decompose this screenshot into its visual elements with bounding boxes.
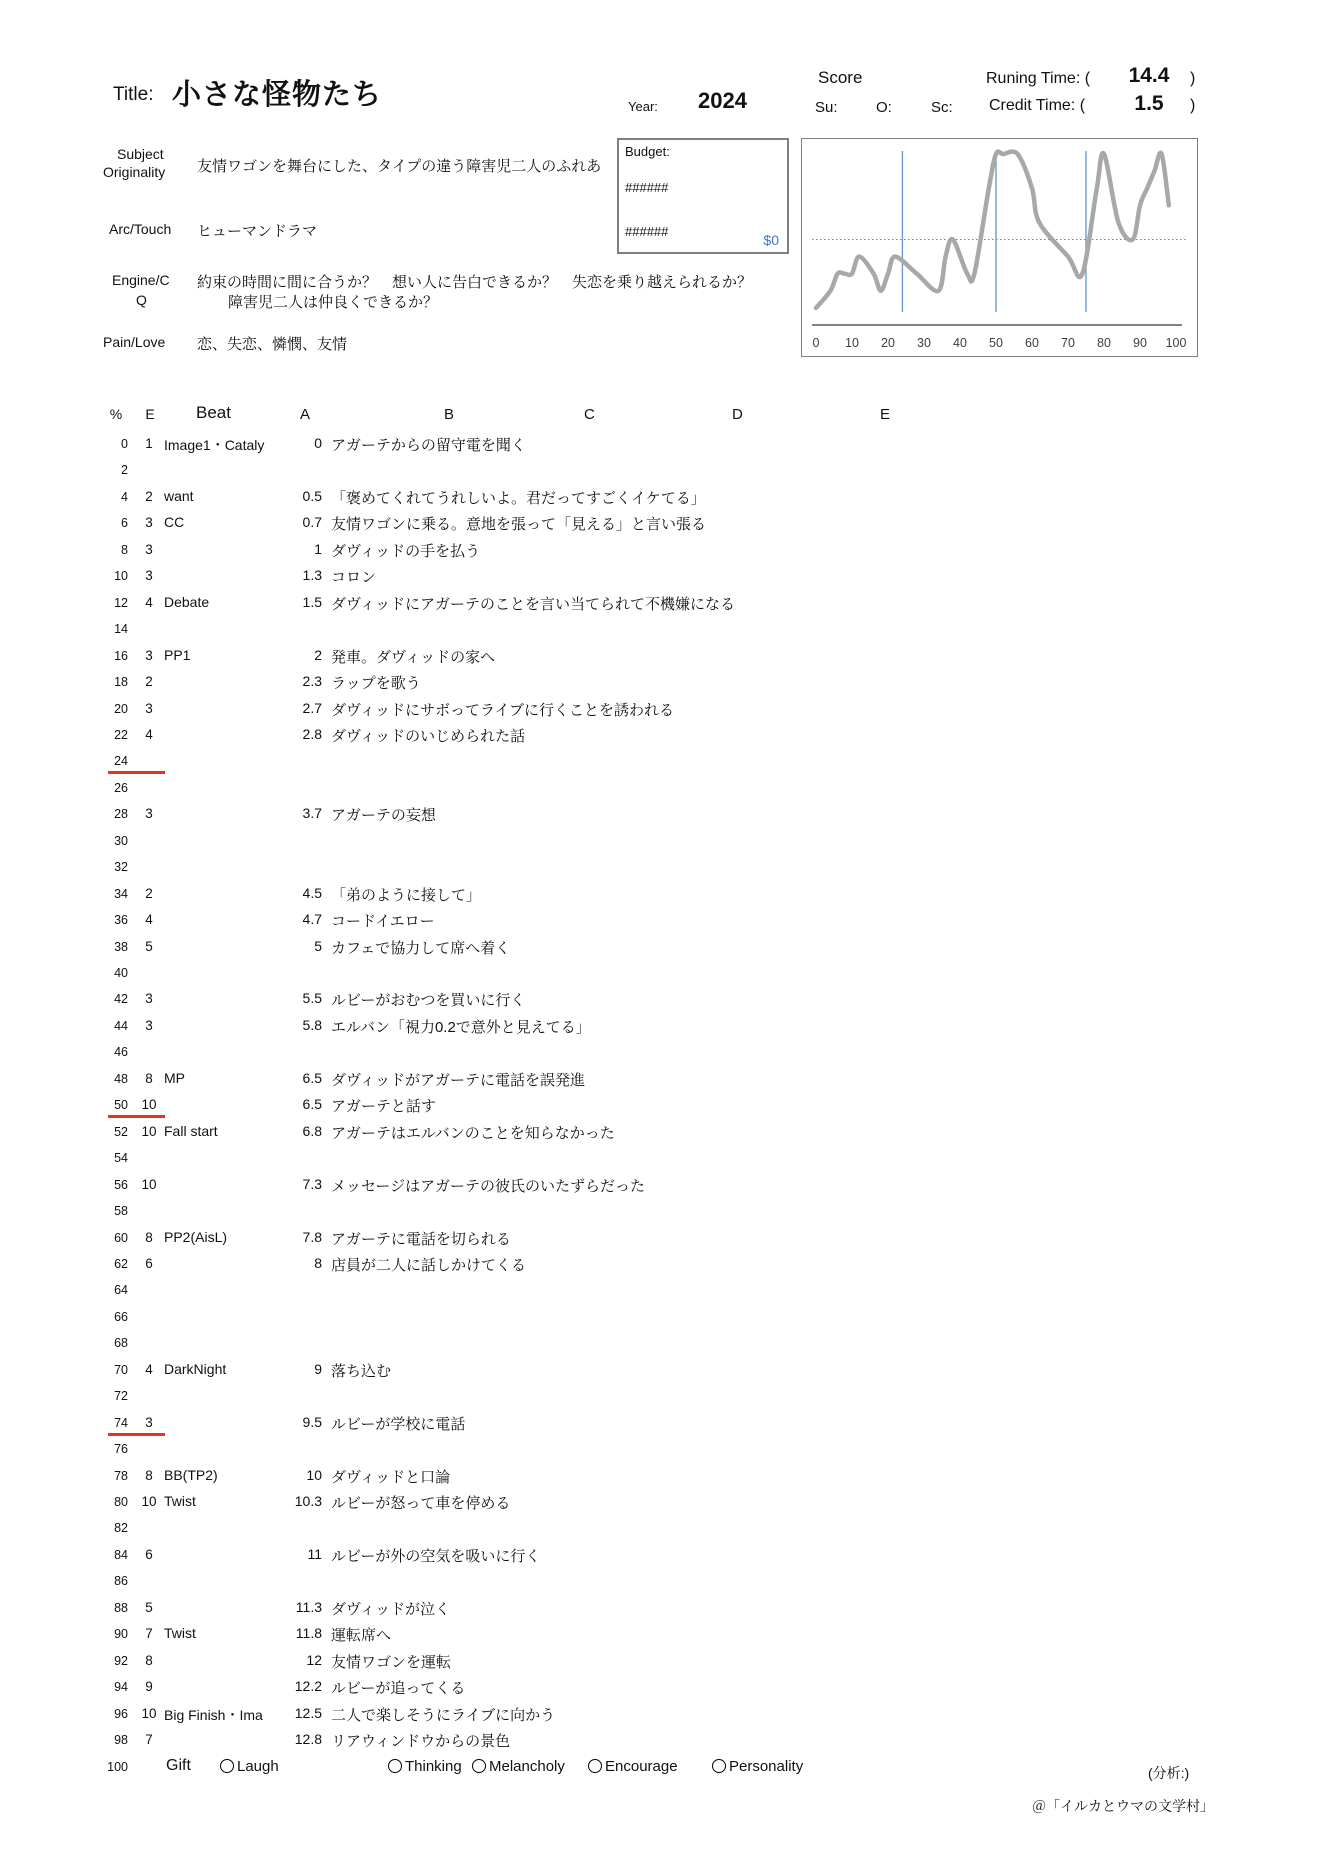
- column-header-beat: Beat: [196, 403, 231, 423]
- beat-table-row: 3855カフェで協力して席へ着く: [0, 934, 1320, 960]
- scene-number-cell[interactable]: 2.3: [266, 673, 322, 689]
- x-tick-label: 80: [1097, 336, 1111, 350]
- scene-number-cell[interactable]: 0.7: [266, 514, 322, 530]
- beat-table-row: 63CC0.7友情ワゴンに乗る。意地を張って「見える」と言い張る: [0, 510, 1320, 536]
- gift-option[interactable]: Laugh: [220, 1758, 279, 1775]
- percent-cell[interactable]: 42: [92, 992, 128, 1006]
- scene-text-cell[interactable]: ルビーが怒って車を停める: [331, 1492, 510, 1513]
- beat-table-row: 5210Fall start6.8アガーテはエルバンのことを知らなかった: [0, 1119, 1320, 1145]
- scene-text-cell[interactable]: アガーテに電話を切られる: [331, 1228, 511, 1249]
- energy-cell[interactable]: 3: [136, 1415, 162, 1430]
- scene-number-cell[interactable]: 12: [266, 1652, 322, 1668]
- scene-number-cell[interactable]: 6.5: [266, 1096, 322, 1112]
- gift-option-label: Laugh: [237, 1758, 279, 1775]
- scene-number-cell[interactable]: 4.7: [266, 911, 322, 927]
- running-time-label: Runing Time: (: [986, 70, 1090, 88]
- engine-text[interactable]: 約束の時間に間に合うか？ 想い人に告白できるか？ 失恋を乗り越えられるか？: [197, 271, 752, 292]
- pain-love-text[interactable]: 恋、失恋、憐憫、友情: [197, 333, 347, 354]
- gift-option[interactable]: Thinking: [388, 1758, 462, 1775]
- option-circle-icon[interactable]: [712, 1759, 726, 1773]
- percent-cell[interactable]: 70: [92, 1363, 128, 1377]
- beat-table-row: 24: [0, 748, 1320, 774]
- beat-table-row: 84611ルビーが外の空気を吸いに行く: [0, 1542, 1320, 1568]
- percent-cell[interactable]: 80: [92, 1495, 128, 1509]
- scene-text-cell[interactable]: ダヴィッドがアガーテに電話を誤発進: [331, 1069, 585, 1090]
- scene-text-cell[interactable]: カフェで協力して席へ着く: [331, 937, 510, 958]
- column-header-b: B: [444, 406, 454, 423]
- beat-table-row: 1031.3コロン: [0, 563, 1320, 589]
- percent-cell[interactable]: 60: [92, 1231, 128, 1245]
- percent-cell[interactable]: 38: [92, 940, 128, 954]
- scene-text-cell[interactable]: 運転席へ: [331, 1624, 391, 1645]
- energy-cell[interactable]: 10: [136, 1124, 162, 1139]
- scene-number-cell[interactable]: 11: [266, 1546, 322, 1562]
- percent-cell[interactable]: 58: [92, 1204, 128, 1218]
- scene-number-cell[interactable]: 2.8: [266, 726, 322, 742]
- percent-cell[interactable]: 68: [92, 1336, 128, 1350]
- scene-number-cell[interactable]: 7.3: [266, 1176, 322, 1192]
- beat-sheet-page: Title: 小さな怪物たち Year: 2024 Score Su: O: S…: [0, 0, 1320, 1867]
- energy-cell[interactable]: 3: [136, 542, 162, 557]
- percent-cell[interactable]: 14: [92, 622, 128, 636]
- beat-table-row: 2833.7アガーテの妄想: [0, 801, 1320, 827]
- energy-cell[interactable]: 8: [136, 1468, 162, 1483]
- scene-text-cell[interactable]: ダヴィッドにアガーテのことを言い当てられて不機嫌になる: [331, 593, 735, 614]
- energy-cell[interactable]: 3: [136, 568, 162, 583]
- energy-cell[interactable]: 10: [136, 1706, 162, 1721]
- beat-table-row: 58: [0, 1198, 1320, 1224]
- energy-cell[interactable]: 10: [136, 1177, 162, 1192]
- energy-cell[interactable]: 3: [136, 991, 162, 1006]
- energy-cell[interactable]: 4: [136, 595, 162, 610]
- beat-table-row: 2242.8ダヴィッドのいじめられた話: [0, 722, 1320, 748]
- credit-note: ＠「イルカとウマの文学村」: [1032, 1796, 1214, 1816]
- scene-text-cell[interactable]: ダヴィッドにサボってライブに行くことを誘われる: [331, 699, 674, 720]
- option-circle-icon[interactable]: [588, 1759, 602, 1773]
- beat-table-row: 46: [0, 1039, 1320, 1065]
- subject-label: Subject: [117, 146, 164, 162]
- percent-cell[interactable]: 32: [92, 860, 128, 874]
- beat-table-row: 2: [0, 457, 1320, 483]
- beat-table-row: 488MP6.5ダヴィッドがアガーテに電話を誤発進: [0, 1066, 1320, 1092]
- scene-text-cell[interactable]: ルビーがおむつを買いに行く: [331, 989, 525, 1010]
- gift-option-label: Melancholy: [489, 1758, 565, 1775]
- percent-cell[interactable]: 28: [92, 807, 128, 821]
- column-header-a: A: [300, 406, 310, 423]
- beat-table-row: 86: [0, 1568, 1320, 1594]
- score-chart-plot: 0102030405060708090100: [802, 139, 1197, 356]
- score-chart: 0102030405060708090100: [801, 138, 1198, 357]
- scene-text-cell[interactable]: エルバン「視力0.2で意外と見えてる」: [331, 1016, 591, 1037]
- scene-text-cell[interactable]: アガーテからの留守電を聞く: [331, 434, 526, 455]
- page-title: 小さな怪物たち: [172, 72, 382, 113]
- arc-touch-label: Arc/Touch: [109, 221, 171, 237]
- beat-table-row: 72: [0, 1383, 1320, 1409]
- beat-table-row: 94912.2ルビーが追ってくる: [0, 1674, 1320, 1700]
- percent-cell[interactable]: 94: [92, 1680, 128, 1694]
- percent-cell[interactable]: 98: [92, 1733, 128, 1747]
- scene-text-cell[interactable]: 「弟のように接して」: [331, 884, 481, 905]
- beat-table-row: 01Image1・Cataly0アガーテからの留守電を聞く: [0, 431, 1320, 457]
- beat-table-row: 3424.5「弟のように接して」: [0, 881, 1320, 907]
- column-header-c: C: [584, 406, 595, 423]
- beat-table-row: 32: [0, 854, 1320, 880]
- column-header-percent: %: [104, 406, 128, 422]
- percent-cell[interactable]: 48: [92, 1072, 128, 1086]
- percent-cell[interactable]: 30: [92, 834, 128, 848]
- scene-number-cell[interactable]: 0.5: [266, 488, 322, 504]
- gift-option-label: Personality: [729, 1758, 803, 1775]
- scene-number-cell[interactable]: 8: [266, 1255, 322, 1271]
- percent-cell[interactable]: 88: [92, 1601, 128, 1615]
- option-circle-icon[interactable]: [388, 1759, 402, 1773]
- scene-text-cell[interactable]: 発車。ダヴィッドの家へ: [331, 646, 495, 667]
- percent-cell[interactable]: 2: [92, 463, 128, 477]
- beat-table-row: 6268店員が二人に話しかけてくる: [0, 1251, 1320, 1277]
- beat-table-row: 14: [0, 616, 1320, 642]
- energy-cell[interactable]: 3: [136, 701, 162, 716]
- beat-table-row: 124Debate1.5ダヴィッドにアガーテのことを言い当てられて不機嫌になる: [0, 590, 1320, 616]
- arc-touch-text[interactable]: ヒューマンドラマ: [197, 220, 317, 241]
- analysis-note: (分析:): [1148, 1763, 1189, 1783]
- percent-cell[interactable]: 18: [92, 675, 128, 689]
- subject-text[interactable]: 友情ワゴンを舞台にした、タイプの違う障害児二人のふれあ: [197, 155, 601, 176]
- scene-text-cell[interactable]: 友情ワゴンに乗る。意地を張って「見える」と言い張る: [331, 513, 706, 534]
- energy-cell[interactable]: 6: [136, 1256, 162, 1271]
- beat-table-row: 608PP2(AisL)7.8アガーテに電話を切られる: [0, 1225, 1320, 1251]
- scene-number-cell[interactable]: 12.2: [266, 1678, 322, 1694]
- beat-table-row: 88511.3ダヴィッドが泣く: [0, 1595, 1320, 1621]
- score-label: Score: [818, 68, 862, 88]
- score-sc-label: Sc:: [931, 99, 953, 116]
- beat-table-row: 4235.5ルビーがおむつを買いに行く: [0, 986, 1320, 1012]
- budget-value-1[interactable]: ######: [625, 180, 668, 195]
- gift-option[interactable]: Encourage: [588, 1758, 678, 1775]
- scene-text-cell[interactable]: ルビーが追ってくる: [331, 1677, 465, 1698]
- running-time-value[interactable]: 14.4: [1118, 64, 1180, 88]
- percent-cell[interactable]: 90: [92, 1627, 128, 1641]
- percent-cell[interactable]: 10: [92, 569, 128, 583]
- percent-cell[interactable]: 44: [92, 1019, 128, 1033]
- percent-cell[interactable]: 74: [92, 1416, 128, 1430]
- energy-cell[interactable]: 3: [136, 1018, 162, 1033]
- scene-number-cell[interactable]: 7.8: [266, 1229, 322, 1245]
- score-su-label: Su:: [815, 99, 838, 116]
- energy-cell[interactable]: 6: [136, 1547, 162, 1562]
- percent-cell[interactable]: 36: [92, 913, 128, 927]
- beat-table-row: 1822.3ラップを歌う: [0, 669, 1320, 695]
- energy-cell[interactable]: 2: [136, 489, 162, 504]
- percent-cell[interactable]: 4: [92, 490, 128, 504]
- beat-table-row: 4435.8エルバン「視力0.2で意外と見えてる」: [0, 1013, 1320, 1039]
- scene-text-cell[interactable]: コードイエロー: [331, 910, 435, 931]
- scene-number-cell[interactable]: 12.5: [266, 1705, 322, 1721]
- energy-cell[interactable]: 7: [136, 1732, 162, 1747]
- budget-label: Budget:: [625, 144, 670, 159]
- percent-cell[interactable]: 86: [92, 1574, 128, 1588]
- percent-cell[interactable]: 100: [92, 1760, 128, 1774]
- energy-cell[interactable]: 3: [136, 515, 162, 530]
- energy-cell[interactable]: 10: [136, 1494, 162, 1509]
- x-tick-label: 90: [1133, 336, 1147, 350]
- percent-cell[interactable]: 40: [92, 966, 128, 980]
- percent-cell[interactable]: 50: [92, 1098, 128, 1112]
- running-time-close-paren: ): [1190, 70, 1195, 88]
- percent-cell[interactable]: 16: [92, 649, 128, 663]
- beat-table-row: 163PP12発車。ダヴィッドの家へ: [0, 643, 1320, 669]
- beat-table-row: 64: [0, 1277, 1320, 1303]
- x-tick-label: 20: [881, 336, 895, 350]
- energy-cell[interactable]: 10: [136, 1097, 162, 1112]
- pain-love-label: Pain/Love: [103, 334, 165, 350]
- percent-cell[interactable]: 26: [92, 781, 128, 795]
- scene-number-cell[interactable]: 5: [266, 938, 322, 954]
- percent-cell[interactable]: 78: [92, 1469, 128, 1483]
- percent-cell[interactable]: 20: [92, 702, 128, 716]
- gift-option[interactable]: Personality: [712, 1758, 803, 1775]
- beat-table-row: 704DarkNight9落ち込む: [0, 1357, 1320, 1383]
- scene-number-cell[interactable]: 6.5: [266, 1070, 322, 1086]
- scene-number-cell[interactable]: 2: [266, 647, 322, 663]
- option-circle-icon[interactable]: [220, 1759, 234, 1773]
- q-text[interactable]: 障害児二人は仲良くできるか？: [228, 291, 438, 312]
- gift-option-label: Encourage: [605, 1758, 678, 1775]
- energy-cell[interactable]: 7: [136, 1626, 162, 1641]
- energy-cell[interactable]: 5: [136, 939, 162, 954]
- scene-number-cell[interactable]: 1: [266, 541, 322, 557]
- percent-cell[interactable]: 34: [92, 887, 128, 901]
- scene-text-cell[interactable]: ダヴィッドの手を払う: [331, 540, 480, 561]
- budget-value-2[interactable]: ######: [625, 224, 668, 239]
- beat-table-row: 42want0.5「褒めてくれてうれしいよ。君だってすごくイケてる」: [0, 484, 1320, 510]
- q-label: Q: [136, 292, 147, 308]
- energy-cell[interactable]: 5: [136, 1600, 162, 1615]
- percent-cell[interactable]: 92: [92, 1654, 128, 1668]
- scene-text-cell[interactable]: ダヴィッドのいじめられた話: [331, 725, 525, 746]
- beat-table-row: 68: [0, 1330, 1320, 1356]
- energy-cell[interactable]: 1: [136, 436, 162, 451]
- beat-table-row: 8010Twist10.3ルビーが怒って車を停める: [0, 1489, 1320, 1515]
- percent-cell[interactable]: 8: [92, 543, 128, 557]
- percent-cell[interactable]: 22: [92, 728, 128, 742]
- title-label: Title:: [113, 84, 153, 106]
- scene-text-cell[interactable]: メッセージはアガーテの彼氏のいたずらだった: [331, 1175, 645, 1196]
- scene-text-cell[interactable]: 二人で楽しそうにライブに向かう: [331, 1704, 555, 1725]
- scene-text-cell[interactable]: 店員が二人に話しかけてくる: [331, 1254, 526, 1275]
- scene-number-cell[interactable]: 4.5: [266, 885, 322, 901]
- beat-table-row: 40: [0, 960, 1320, 986]
- percent-cell[interactable]: 46: [92, 1045, 128, 1059]
- year-value[interactable]: 2024: [698, 88, 747, 114]
- energy-cell[interactable]: 8: [136, 1653, 162, 1668]
- percent-cell[interactable]: 96: [92, 1707, 128, 1721]
- beat-table-row: 66: [0, 1304, 1320, 1330]
- column-header-e2: E: [880, 406, 890, 423]
- scene-text-cell[interactable]: ダヴィッドと口論: [331, 1466, 450, 1487]
- scene-number-cell[interactable]: 11.8: [266, 1625, 322, 1641]
- column-header-e: E: [140, 406, 160, 422]
- scene-number-cell[interactable]: 10: [266, 1467, 322, 1483]
- scene-number-cell[interactable]: 2.7: [266, 700, 322, 716]
- beat-table-row: 831ダヴィッドの手を払う: [0, 537, 1320, 563]
- energy-cell[interactable]: 9: [136, 1679, 162, 1694]
- gift-option-label: Thinking: [405, 1758, 462, 1775]
- x-tick-label: 50: [989, 336, 1003, 350]
- scene-number-cell[interactable]: 5.8: [266, 1017, 322, 1033]
- energy-cell[interactable]: 3: [136, 648, 162, 663]
- scene-text-cell[interactable]: アガーテはエルバンのことを知らなかった: [331, 1122, 615, 1143]
- scene-text-cell[interactable]: リアウィンドウからの景色: [331, 1730, 510, 1751]
- engine-label: Engine/C: [112, 272, 170, 288]
- percent-cell[interactable]: 72: [92, 1389, 128, 1403]
- gift-label: Gift: [166, 1757, 191, 1775]
- beat-table-row: 50106.5アガーテと話す: [0, 1092, 1320, 1118]
- beat-table-row: 56107.3メッセージはアガーテの彼氏のいたずらだった: [0, 1172, 1320, 1198]
- percent-cell[interactable]: 54: [92, 1151, 128, 1165]
- scene-text-cell[interactable]: アガーテと話す: [331, 1095, 436, 1116]
- scene-text-cell[interactable]: 落ち込む: [331, 1360, 391, 1381]
- beat-table-row: 907Twist11.8運転席へ: [0, 1621, 1320, 1647]
- credit-time-close-paren: ): [1190, 97, 1195, 115]
- scene-number-cell[interactable]: 5.5: [266, 990, 322, 1006]
- scene-text-cell[interactable]: ルビーが学校に電話: [331, 1413, 465, 1434]
- x-tick-label: 40: [953, 336, 967, 350]
- scene-text-cell[interactable]: 「褒めてくれてうれしいよ。君だってすごくイケてる」: [331, 487, 706, 508]
- year-label: Year:: [628, 99, 658, 114]
- option-circle-icon[interactable]: [472, 1759, 486, 1773]
- energy-cell[interactable]: 4: [136, 727, 162, 742]
- beat-table-row: 82: [0, 1515, 1320, 1541]
- scene-text-cell[interactable]: ダヴィッドが泣く: [331, 1598, 450, 1619]
- scene-number-cell[interactable]: 1.5: [266, 594, 322, 610]
- scene-number-cell[interactable]: 12.8: [266, 1731, 322, 1747]
- beat-table-row: 92812友情ワゴンを運転: [0, 1648, 1320, 1674]
- x-tick-label: 70: [1061, 336, 1075, 350]
- energy-cell[interactable]: 8: [136, 1071, 162, 1086]
- scene-number-cell[interactable]: 10.3: [266, 1493, 322, 1509]
- scene-number-cell[interactable]: 9.5: [266, 1414, 322, 1430]
- beat-table-row: 54: [0, 1145, 1320, 1171]
- scene-text-cell[interactable]: 友情ワゴンを運転: [331, 1651, 451, 1672]
- column-header-d: D: [732, 406, 743, 423]
- score-curve: [816, 151, 1169, 307]
- beat-table-row: 3644.7コードイエロー: [0, 907, 1320, 933]
- energy-cell[interactable]: 8: [136, 1230, 162, 1245]
- score-o-label: O:: [876, 99, 892, 116]
- x-tick-label: 0: [813, 336, 820, 350]
- beat-table-row: 30: [0, 828, 1320, 854]
- percent-cell[interactable]: 12: [92, 596, 128, 610]
- percent-cell[interactable]: 64: [92, 1283, 128, 1297]
- x-tick-label: 30: [917, 336, 931, 350]
- beat-table-row: 788BB(TP2)10ダヴィッドと口論: [0, 1463, 1320, 1489]
- energy-cell[interactable]: 4: [136, 1362, 162, 1377]
- percent-cell[interactable]: 56: [92, 1178, 128, 1192]
- percent-cell[interactable]: 82: [92, 1521, 128, 1535]
- energy-cell[interactable]: 3: [136, 806, 162, 821]
- energy-cell[interactable]: 2: [136, 886, 162, 901]
- scene-text-cell[interactable]: ルビーが外の空気を吸いに行く: [331, 1545, 540, 1566]
- scene-text-cell[interactable]: コロン: [331, 566, 376, 587]
- percent-cell[interactable]: 62: [92, 1257, 128, 1271]
- scene-number-cell[interactable]: 0: [266, 435, 322, 451]
- beat-table-row: 2032.7ダヴィッドにサボってライブに行くことを誘われる: [0, 696, 1320, 722]
- beat-table-row: 9610Big Finish・Ima12.5二人で楽しそうにライブに向かう: [0, 1701, 1320, 1727]
- gift-option[interactable]: Melancholy: [472, 1758, 565, 1775]
- percent-cell[interactable]: 84: [92, 1548, 128, 1562]
- beat-table-row: 76: [0, 1436, 1320, 1462]
- percent-cell[interactable]: 24: [92, 754, 128, 768]
- percent-cell[interactable]: 76: [92, 1442, 128, 1456]
- scene-text-cell[interactable]: アガーテの妄想: [331, 804, 436, 825]
- x-tick-label: 100: [1166, 336, 1187, 350]
- scene-number-cell[interactable]: 3.7: [266, 805, 322, 821]
- energy-cell[interactable]: 2: [136, 674, 162, 689]
- scene-number-cell[interactable]: 1.3: [266, 567, 322, 583]
- beat-table-row: 26: [0, 775, 1320, 801]
- scene-number-cell[interactable]: 9: [266, 1361, 322, 1377]
- scene-number-cell[interactable]: 6.8: [266, 1123, 322, 1139]
- credit-time-label: Credit Time: (: [989, 97, 1085, 115]
- beat-table-row: 7439.5ルビーが学校に電話: [0, 1410, 1320, 1436]
- x-tick-label: 10: [845, 336, 859, 350]
- x-tick-label: 60: [1025, 336, 1039, 350]
- percent-cell[interactable]: 52: [92, 1125, 128, 1139]
- scene-number-cell[interactable]: 11.3: [266, 1599, 322, 1615]
- percent-cell[interactable]: 6: [92, 516, 128, 530]
- scene-text-cell[interactable]: ラップを歌う: [331, 672, 421, 693]
- energy-cell[interactable]: 4: [136, 912, 162, 927]
- credit-time-value[interactable]: 1.5: [1118, 92, 1180, 116]
- originality-label: Originality: [103, 164, 165, 180]
- budget-box: Budget: ###### ###### $0: [617, 138, 789, 254]
- beat-table-row: 98712.8リアウィンドウからの景色: [0, 1727, 1320, 1753]
- percent-cell[interactable]: 66: [92, 1310, 128, 1324]
- budget-total: $0: [763, 232, 779, 248]
- percent-cell[interactable]: 0: [92, 437, 128, 451]
